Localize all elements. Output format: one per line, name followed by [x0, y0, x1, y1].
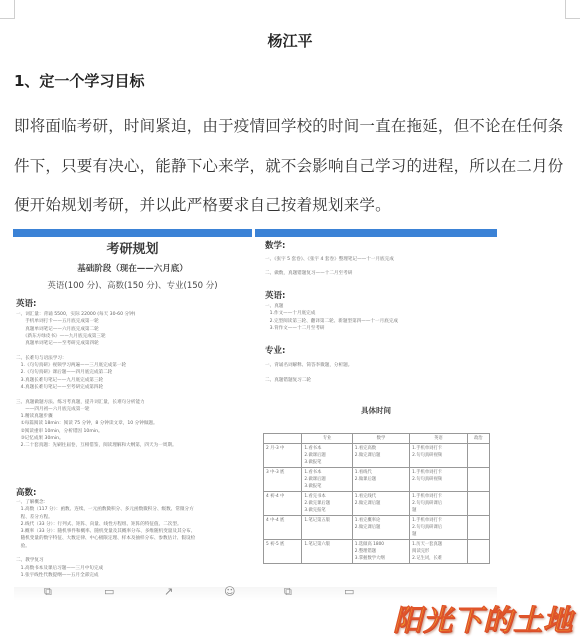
plan-line: 3.真题长难句笔记——九月底完成第三轮 [16, 377, 177, 384]
english-heading: 英语: [265, 289, 285, 301]
study-plan-image-right: 数学: 一、《张宇 5 套卷》、《张宇 4 套卷》整理笔记——十一月底完成 二、… [255, 229, 497, 599]
table-row: 4 初-4 中1.看完书本2.做完课后题3.做完报笔1.看完线代2.做完课后题1… [264, 492, 490, 516]
table-row: 5 初-5 底1.笔记第六版1.选做高 18002.整理错题3.掌握数学大纲1.… [264, 540, 490, 564]
table-cell: 1.看书本2.做课后题3.做报笔 [302, 468, 352, 492]
plan-line: 4.真题长难句笔记——至考研完成第四轮 [16, 384, 177, 391]
table-cell [467, 516, 489, 540]
plan-line: 手机单词打卡——五月底完成第一轮 [16, 318, 177, 325]
plan-subjects: 英语(100 分)、高数(150 分)、专业(150 分) [13, 279, 252, 291]
grid-icon[interactable]: ⧉ [284, 585, 292, 599]
bookmark-icon[interactable]: ▭ [344, 585, 354, 598]
plan-line: 2.二十套真题：先刷往届卷，互相借鉴，阅读理解和大纲第，四天为一周期。 [16, 442, 177, 449]
plan-line: 1.精读真题步骤 [16, 413, 177, 420]
plan-line: 2.完型阅读第三轮、翻译第二轮、新题型第四——十一月底完成 [265, 318, 398, 325]
study-plan-image-left: 考研规划 基础阶段（现在——六月底） 英语(100 分)、高数(150 分)、专… [13, 229, 252, 599]
table-cell: 1.笔记第五版 [302, 516, 352, 540]
schedule-title: 具体时间 [255, 405, 497, 416]
paragraph-line: 便开始规划考研，并以此严格要求自己按着规划来学。 [14, 186, 574, 226]
table-row: 2 月-3 中1.看书本2.做课后题3.做报笔1.看完高数2.做完课后题1.手机… [264, 444, 490, 468]
table-header-row: 专业数学英语政治 [264, 434, 490, 444]
plan-line: 二、真题错题复习二轮 [265, 373, 352, 388]
table-cell: 1.笔记第六版 [302, 540, 352, 564]
math-heading: 高数: [16, 486, 36, 498]
table-cell: 1.选做高 18002.整理错题3.掌握数学大纲 [352, 540, 409, 564]
plan-line: 《新东方绿皮书》——九月底完成第三轮 [16, 333, 177, 340]
page-corner-left [0, 0, 15, 19]
bookmark-icon[interactable]: ▭ [104, 585, 114, 598]
plan-line: 二、教学复习 [16, 557, 195, 564]
table-row: 3 中-3 底1.看书本2.做课后题3.做报笔1.看线代2.做课后题1.手机单词… [264, 468, 490, 492]
math-heading: 数学: [265, 239, 285, 251]
plan-line: 2.《句句真研》课后题——四月底完成第二轮 [16, 369, 177, 376]
grid-icon[interactable]: ⧉ [44, 585, 52, 599]
table-cell: 1.看书本2.做课后题3.做报笔 [302, 444, 352, 468]
table-cell: 1.看完线代2.做完课后题 [352, 492, 409, 516]
table-cell [467, 468, 489, 492]
paragraph-line: 件下，只要有决心，能静下心来学，就不会影响自己学习的进程，所以在二月份 [14, 147, 574, 187]
plan-line: 程、差分方程。 [16, 514, 195, 521]
table-cell: 1.看完书本2.做完课后题3.做完报笔 [302, 492, 352, 516]
plan-line: ③记忆成果 30min。 [16, 435, 177, 442]
table-cell [467, 492, 489, 516]
table-cell: 1.看线代2.做课后题 [352, 468, 409, 492]
section-heading: 1、定一个学习目标 [14, 70, 144, 91]
author-name: 杨江平 [0, 30, 580, 51]
plan-line: ②阅读重审 10min，分析错因 10min。 [16, 428, 177, 435]
plan-title: 考研规划 [13, 238, 252, 257]
paragraph-line: 即将面临考研，时间紧迫，由于疫情回学校的时间一直在拖延，但不论在任何条 [14, 107, 574, 147]
table-cell: 3 中-3 底 [264, 468, 302, 492]
plan-line: 2.线代（33 分）：行列式、矩阵、向量、线性方程组、矩阵的特征值、二次型。 [16, 521, 195, 528]
emoji-icon[interactable]: ☺ [224, 585, 235, 598]
major-heading: 专业: [265, 344, 285, 356]
plan-line [16, 391, 177, 398]
table-header-cell: 英语 [410, 434, 467, 444]
plan-line: ——四月初—六月底完成第一轮 [16, 406, 177, 413]
plan-line: 三、真题做题方法、练习考真题，提升词汇量，长难句分析能力 [16, 399, 177, 406]
plan-line: 1.作文——十月底完成 [265, 310, 398, 317]
plan-line: 1.高数（117 分）：函数、连续、一元函数微积分、多元函数微积分、级数、常微分… [16, 506, 195, 513]
plan-line: 1.高数书本及课后习题——三月中旬完成 [16, 565, 195, 572]
watermark-text: 阳光下的土地 [393, 598, 573, 639]
plan-line: 一、了解概念： [16, 499, 195, 506]
table-cell: 1.历天一套真题阅读完形2.记生词，长难 [410, 540, 467, 564]
english-plan-list: 一、真题 1.作文——十月底完成 2.完型阅读第三轮、翻译第二轮、新题型第四——… [265, 303, 398, 332]
table-header-cell: 专业 [302, 434, 352, 444]
plan-line: 3.概率（33 分）：随机事件和概率、随机变量及其概率分布、多维随机变量及其分布… [16, 528, 195, 535]
plan-line [16, 550, 195, 557]
table-cell: 1.手机单词打卡2.句句真研课后题 [410, 516, 467, 540]
english-heading: 英语: [16, 297, 36, 309]
plan-line: 随机变量的数字特征、大数定律、中心极限定理、样本及抽样分布、参数估计、假设检 [16, 535, 195, 542]
table-cell: 4 初-4 中 [264, 492, 302, 516]
plan-line: 3.背作文——十二月至考研 [265, 325, 398, 332]
table-cell: 1.手机单词打卡2.句句真研视频 [410, 444, 467, 468]
table-cell: 1.看完高数2.做完课后题 [352, 444, 409, 468]
plan-line: 一、词汇量：背诵 5500，实际 22000 (每天 30-60 分钟) [16, 311, 177, 318]
table-header-cell: 数学 [352, 434, 409, 444]
plan-line: 一、《张宇 5 套卷》、《张宇 4 套卷》整理笔记——十一月底完成 [265, 253, 394, 267]
plan-line: 验。 [16, 543, 195, 550]
page-corner-right [565, 0, 580, 19]
image-top-bar [255, 229, 497, 237]
english-plan-list: 一、词汇量：背诵 5500，实际 22000 (每天 30-60 分钟) 手机单… [16, 311, 177, 450]
major-plan-list: 一、背诵名词解释、简答李微题，分析题。 二、真题错题复习二轮 [265, 358, 352, 388]
table-cell: 4 中-4 底 [264, 516, 302, 540]
plan-line: 真题单词笔记——六月底完成第二轮 [16, 326, 177, 333]
table-cell: 2 月-3 中 [264, 444, 302, 468]
plan-line: 1.《句句真研》视频学习两遍——三月底完成第一轮 [16, 362, 177, 369]
math-plan-list: 一、了解概念： 1.高数（117 分）：函数、连续、一元函数微积分、多元函数微积… [16, 499, 195, 579]
table-row: 4 中-4 底1.笔记第五版1.看完概率论2.做完课后题1.手机单词打卡2.句句… [264, 516, 490, 540]
plan-line: 真题单词笔记——至考研完成第四轮 [16, 340, 177, 347]
plan-line [16, 347, 177, 354]
table-cell: 5 初-5 底 [264, 540, 302, 564]
table-cell: 1.看完概率论2.做完课后题 [352, 516, 409, 540]
table-cell: 1.手机单词打卡2.句句真研课后题 [410, 492, 467, 516]
schedule-table: 专业数学英语政治 2 月-3 中1.看书本2.做课后题3.做报笔1.看完高数2.… [263, 433, 490, 564]
table-cell [467, 444, 489, 468]
table-cell: 1.手机单词打卡2.句句真研视频 [410, 468, 467, 492]
plan-line: 一、背诵名词解释、简答李微题，分析题。 [265, 358, 352, 373]
body-paragraph: 即将面临考研，时间紧迫，由于疫情回学校的时间一直在拖延，但不论在任何条 件下，只… [14, 107, 574, 226]
table-cell [467, 540, 489, 564]
table-header-cell: 政治 [467, 434, 489, 444]
plan-line: 二、长难句与语法学习： [16, 355, 177, 362]
share-icon[interactable]: ↗ [164, 585, 173, 598]
math-plan-list: 一、《张宇 5 套卷》、《张宇 4 套卷》整理笔记——十一月底完成 二、做数，真… [265, 253, 394, 281]
plan-line: 二、做数，真题错题复习——十二月至考研 [265, 267, 394, 281]
plan-line: 1.张宇线性代数提纲——五月全部完成 [16, 572, 195, 579]
plan-stage: 基础阶段（现在——六月底） [13, 262, 252, 274]
plan-line: ①每篇阅读 18min：阅读 75 分钟，8 分钟读文章，10 分钟做题。 [16, 420, 177, 427]
plan-line: 一、真题 [265, 303, 398, 310]
table-header-cell [264, 434, 302, 444]
image-top-bar [13, 229, 252, 237]
